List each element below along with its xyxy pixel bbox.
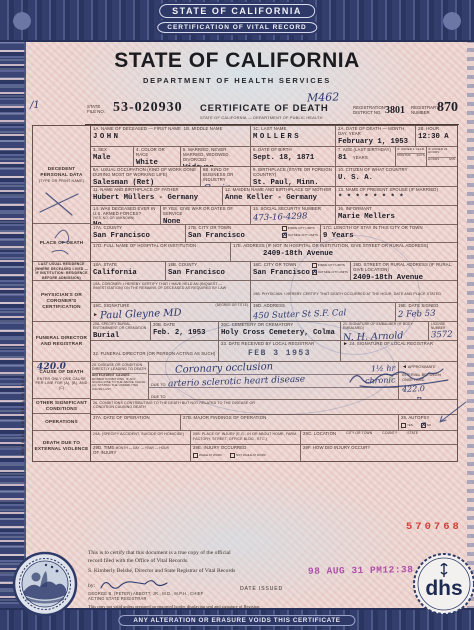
check-mark: ✗ <box>421 422 427 429</box>
arrow-right-icon: ► <box>93 312 98 318</box>
field-hour: 2B. HOUR 12:30 A <box>416 126 457 146</box>
sub-column-label: MONTHS <box>397 154 411 157</box>
field-label: 9. BIRTHPLACE (STATE OR FOREIGN COUNTRY) <box>253 168 333 178</box>
field-label: 13. NAME OF PRESENT SPOUSE (IF MARRIED) <box>338 188 455 193</box>
field-label: 23. DATE RECEIVED BY LOCAL REGISTRAR <box>221 342 338 347</box>
field-label: 3. SEX <box>93 148 131 153</box>
field-date-signed: 19E. DATE SIGNED 2 Feb 53 <box>396 303 457 321</box>
form-row-hospital: 17D. FULL NAME OF HOSPITAL OR INSTITUTIO… <box>91 243 457 262</box>
field-label: 8A. USUAL OCCUPATION (KIND OF WORK DONE … <box>93 168 198 178</box>
date-received-stamp: FEB 3 1953 <box>221 349 338 358</box>
field-value: Holy Cross Cemetery, Colma <box>221 329 338 337</box>
handwritten-cause-code: 420.0 <box>37 362 67 374</box>
bottom-banner: ANY ALTERATION OR ERASURE VOIDS THIS CER… <box>118 615 355 626</box>
top-banner-certification: CERTIFICATION OF VITAL RECORD <box>157 22 317 33</box>
section-funeral-director: FUNERAL DIRECTOR AND REGISTRAR <box>33 322 90 362</box>
field-injury-occurred: 29E. INJURY OCCURRED WHILE AT WORK NOT W… <box>191 445 301 461</box>
field-value: San Francisco <box>93 232 183 240</box>
state-file-label: STATE FILE NO. <box>87 104 109 114</box>
field-violence-kind: 29A. (SPECIFY ACCIDENT, SUICIDE OR HOMIC… <box>91 431 191 444</box>
field-value-handwritten: Grain <box>203 182 248 186</box>
field-value-handwritten: 2 Feb 53 <box>398 308 455 320</box>
field-label: 19B. PHYSICIAN: I HEREBY CERTIFY THAT DE… <box>253 292 441 302</box>
field-hospital: 17D. FULL NAME OF HOSPITAL OR INSTITUTIO… <box>91 243 231 261</box>
field-label: 20A. SPECIFY BURIAL, ENTOMBMENT OR CREMA… <box>93 323 148 331</box>
checkbox-label: INSIDE CITY LIMITS <box>288 227 315 230</box>
field-label: 12. MAIDEN NAME AND BIRTHPLACE OF MOTHER <box>225 188 333 193</box>
checkbox-not-while-at-work <box>230 453 235 458</box>
certification-statement: This is to certify that this document is… <box>88 550 346 609</box>
checkbox-label: WHILE AT WORK <box>199 454 222 457</box>
deputy-signature-scribble <box>99 577 169 591</box>
received-time-stamp: 98 AUG 31 PM12:38 <box>308 564 414 577</box>
field-label: 20C. CEMETERY OR CREMATORY <box>221 323 338 328</box>
field-injury-place: 29B. PLACE OF INJURY (E.G., IN OR ABOUT … <box>191 431 301 444</box>
label-text: MONTH — DAY — YEAR — HOUR <box>116 446 169 450</box>
form-row-signature: 19C. SIGNATURE ► Paul Gleyne MD (DEGREE … <box>91 303 457 322</box>
section-label: LAST USUAL RESIDENCE (WHERE DECEASED LIV… <box>34 262 89 280</box>
field-label: 4. COLOR OR RACE <box>136 148 178 158</box>
certify-text-line1: This is to certify that this document is… <box>88 550 346 558</box>
interval-code-handwritten: 422.0 <box>402 382 454 396</box>
section-label: OTHER SIGNIFICANT CONDITIONS <box>34 400 89 412</box>
interval-a-handwritten: 1½ hr <box>370 364 395 374</box>
interval-b-handwritten: chronic <box>364 375 395 385</box>
label-text: 24. SIGNATURE OF LOCAL REGISTRAR <box>349 341 433 346</box>
form-row-operations: 27A. DATE OF OPERATION 27B. MAJOR FINDIN… <box>91 415 457 432</box>
field-value: None <box>163 218 248 224</box>
cause-line-c: DUE TO <box>149 388 398 399</box>
field-value: 2409-18th Avenue <box>263 250 455 258</box>
certify-text-line2: record filed with the Office of Vital Re… <box>88 558 346 566</box>
cause-line-b: DUE TO arterio sclerotic heart disease c… <box>149 375 398 388</box>
section-place-of-death: PLACE OF DEATH <box>33 224 90 262</box>
field-value-handwritten: 3572 <box>431 330 455 340</box>
field-name-first: 1A. NAME OF DECEASED — FIRST NAME 1B. MI… <box>91 126 251 146</box>
field-name-last: 1C. LAST NAME MOLLERS <box>251 126 336 146</box>
field-value: 2409-18th Avenue <box>353 274 455 280</box>
field-label: 2A. DATE OF DEATH — MONTH, DAY, YEAR <box>338 127 413 137</box>
margin-section-labels: DECEDENT PERSONAL DATA (TYPE OR PRINT NA… <box>33 126 91 461</box>
state-file-number: 53-020930 <box>113 100 183 116</box>
check-mark: ✗ <box>312 269 318 276</box>
field-label: 20B. DATE <box>153 323 216 328</box>
field-value: White <box>136 159 178 166</box>
field-sublabel: (DEGREE OR TITLE) <box>216 304 248 308</box>
field-label: 17A. COUNTY <box>93 226 183 231</box>
field-label: 19A. CORONER: I HEREBY CERTIFY THAT I HA… <box>93 282 248 290</box>
field-value: JOHN <box>93 133 248 141</box>
certificate-header: /1 STATE FILE NO. 53-020930 CERTIFICATE … <box>85 97 459 125</box>
field-value: Feb. 2, 1953 <box>153 329 216 337</box>
field-ssn: 15. SOCIAL SECURITY NUMBER 473-16-4298 <box>251 206 336 224</box>
registration-district-number: 3801 <box>385 105 405 116</box>
field-value: Male <box>93 154 131 162</box>
field-label: 7. AGE (LAST BIRTHDAY) <box>338 148 393 153</box>
field-spouse: 13. NAME OF PRESENT SPOUSE (IF MARRIED) … <box>336 187 457 205</box>
checkbox-label: NO <box>427 424 431 427</box>
checkbox-label: INSIDE CITY LIMITS <box>318 264 345 267</box>
section-operations: OPERATIONS <box>33 414 90 431</box>
pointer-icon: ◄ <box>402 364 407 370</box>
field-label: 27B. MAJOR FINDINGS OF OPERATION <box>183 416 396 421</box>
field-label: IF UNDER 24 HOURS <box>428 148 456 155</box>
field-value: U. S. A. <box>338 174 455 182</box>
registrars-number-label: REGISTRAR'S NUMBER <box>411 105 437 115</box>
sub-column-label: STATE <box>407 432 418 437</box>
field-value: No <box>93 221 158 223</box>
sub-column-label: COUNTY <box>382 432 397 437</box>
field-value: Burial <box>93 332 148 340</box>
field-value: February 1, 1953 <box>338 138 413 146</box>
field-marital-status: 5. MARRIED, NEVER MARRIED, WIDOWED, DIVO… <box>181 147 251 166</box>
interval-note-handwritten: b <box>416 396 422 399</box>
ornate-top-border: STATE OF CALIFORNIA CERTIFICATION OF VIT… <box>0 0 474 42</box>
field-label: IF YES, GIVE WAR OR DATES OF SERVICE <box>163 207 248 217</box>
field-residence-street: 18D. STREET OR RURAL ADDRESS (IF RURAL, … <box>351 262 457 280</box>
interval-column: ◄ APPROXIMATE INTERVAL BETWEEN ONSET AND… <box>399 362 457 399</box>
field-value-handwritten: 473-16-4298 <box>253 210 333 223</box>
field-label: 16. INFORMANT <box>338 207 455 212</box>
field-label: 27A. DATE OF OPERATION <box>93 416 178 421</box>
field-value: Anne Keller - Germany <box>225 194 333 202</box>
field-injury-time: 29D. TIME MONTH — DAY — YEAR — HOUR OF I… <box>91 445 191 461</box>
field-cemetery: 20C. CEMETERY OR CREMATORY Holy Cross Ce… <box>219 322 341 340</box>
form-row-certification: 19A. CORONER: I HEREBY CERTIFY THAT I HA… <box>91 281 457 303</box>
field-label: 8B. KIND OF BUSINESS OR INDUSTRY <box>203 168 248 183</box>
field-injury-location: 29C. LOCATION CITY OR TOWN COUNTY STATE <box>301 431 457 444</box>
page-subtitle: DEPARTMENT OF HEALTH SERVICES <box>0 76 474 85</box>
field-autopsy: 28. AUTOPSY YES ✗NO <box>399 415 457 431</box>
field-residence-county: 18B. COUNTY San Francisco <box>166 262 251 280</box>
field-armed-forces: 14. WAS DECEASED EVER IN U.S. ARMED FORC… <box>91 206 161 224</box>
page-title: STATE OF CALIFORNIA <box>0 49 474 73</box>
field-birthplace: 9. BIRTHPLACE (STATE OR FOREIGN COUNTRY)… <box>251 167 336 186</box>
section-physician-certification: PHYSICIAN'S OR CORONER'S CERTIFICATION <box>33 281 90 322</box>
certificate-subtitle: STATE OF CALIFORNIA — DEPARTMENT OF PUBL… <box>200 115 323 120</box>
field-label: 2B. HOUR <box>418 127 455 132</box>
certificate-title: CERTIFICATE OF DEATH <box>200 103 329 114</box>
form-row-cause-of-death: 25. DISEASE OR CONDITION DIRECTLY LEADIN… <box>91 362 457 400</box>
by-label: by: <box>88 583 95 591</box>
field-label: 17C. LENGTH OF STAY IN THIS CITY OR TOWN <box>323 226 455 231</box>
field-label: IF UNDER 1 YEAR <box>397 148 425 151</box>
field-label: 22. FUNERAL DIRECTOR (OR PERSON ACTING A… <box>93 351 215 356</box>
field-value: St. Paul, Minn. <box>253 179 333 186</box>
form-row-place-of-death: 17A. COUNTY San Francisco 17B. CITY OR T… <box>91 225 457 244</box>
sub-column-label: DAYS <box>417 154 425 157</box>
field-disposition: 20A. SPECIFY BURIAL, ENTOMBMENT OR CREMA… <box>91 322 151 340</box>
ornate-left-border <box>0 42 26 610</box>
checkbox-while-at-work <box>193 453 198 458</box>
checkbox-autopsy-yes <box>401 423 406 428</box>
field-hospital-address: 17E. ADDRESS (IF NOT IN HOSPITAL OR INST… <box>231 243 457 261</box>
field-age: 7. AGE (LAST BIRTHDAY) 81 YEARS <box>336 147 396 166</box>
field-label: OF INJURY <box>93 451 188 456</box>
section-decedent-personal-data: DECEDENT PERSONAL DATA (TYPE OR PRINT NA… <box>33 126 90 224</box>
field-date-of-death: 2A. DATE OF DEATH — MONTH, DAY, YEAR Feb… <box>336 126 416 146</box>
field-label: 1C. LAST NAME <box>253 127 333 132</box>
under-24-hours-box: IF UNDER 24 HOURS HOURS MIN. <box>427 147 457 166</box>
field-value: 9 Years <box>323 232 455 240</box>
field-label: 5. MARRIED, NEVER MARRIED, WIDOWED, DIVO… <box>183 148 248 163</box>
age-unit-label: YEARS <box>353 156 368 161</box>
field-label: 18B. COUNTY <box>168 263 248 268</box>
certificate-form-grid: DECEDENT PERSONAL DATA (TYPE OR PRINT NA… <box>32 125 458 462</box>
field-contributing-conditions: 26. CONDITIONS CONTRIBUTING TO THE DEATH… <box>91 400 457 414</box>
form-row-contributing-conditions: 26. CONDITIONS CONTRIBUTING TO THE DEATH… <box>91 400 457 415</box>
field-label: 6. DATE OF BIRTH <box>253 148 333 153</box>
form-row-military-ssn: 14. WAS DECEASED EVER IN U.S. ARMED FORC… <box>91 206 457 225</box>
field-label: 29A. (SPECIFY ACCIDENT, SUICIDE OR HOMIC… <box>93 432 188 436</box>
signature-handwritten: Paul Gleyne MD <box>100 308 182 321</box>
antecedent-note: MORBID CONDITIONS, IF ANY, GIVING RISE T… <box>92 378 147 391</box>
form-row-violence-1: 29A. (SPECIFY ACCIDENT, SUICIDE OR HOMIC… <box>91 431 457 445</box>
field-embalmer-signature: 21. SIGNATURE OF EMBALMER (IF BODY EMBAL… <box>341 322 429 340</box>
death-certificate-scan: STATE OF CALIFORNIA CERTIFICATION OF VIT… <box>0 0 474 630</box>
field-label: 18A. STATE <box>93 263 163 268</box>
field-physician-signature: 19C. SIGNATURE ► Paul Gleyne MD (DEGREE … <box>91 303 251 321</box>
form-fields: 1A. NAME OF DECEASED — FIRST NAME 1B. MI… <box>91 126 457 461</box>
form-row-funeral-director: 22. FUNERAL DIRECTOR (OR PERSON ACTING A… <box>91 341 457 362</box>
field-label: 28. AUTOPSY <box>401 416 455 421</box>
field-race: 4. COLOR OR RACE White <box>134 147 181 166</box>
ornate-right-border <box>467 42 474 610</box>
section-cause-of-death: 420.0 CAUSE OF DEATH ENTER ONLY ONE CAUS… <box>33 362 90 400</box>
field-citizenship: 10. CITIZEN OF WHAT COUNTRY U. S. A. <box>336 167 457 186</box>
margin-pen-mark: /1 <box>30 100 40 111</box>
sub-column-label: CITY OR TOWN <box>346 432 372 437</box>
field-father: 11. NAME AND BIRTHPLACE OF FATHER Hubert… <box>91 187 223 205</box>
checkbox-inside-city-limits <box>282 226 287 231</box>
field-embalmer-license: LICENSE NUMBER 3572 <box>429 322 457 340</box>
dhs-logo-text: dhs <box>425 577 462 600</box>
section-label: PHYSICIAN'S OR CORONER'S CERTIFICATION <box>34 292 89 310</box>
field-value: Widower <box>183 164 248 166</box>
due-to-label: DUE TO <box>151 394 166 399</box>
cause-b-handwritten: arterio sclerotic heart disease <box>167 375 304 390</box>
field-pod-city: 17B. CITY OR TOWN San Francisco INSIDE C… <box>186 225 321 243</box>
form-row-violence-2: 29D. TIME MONTH — DAY — YEAR — HOUR OF I… <box>91 445 457 461</box>
check-mark: ✗ <box>282 232 288 239</box>
form-row-sex-race: 3. SEX Male 4. COLOR OR RACE White 5. MA… <box>91 147 457 167</box>
validity-notice: This copy not valid unless prepared on e… <box>88 604 346 609</box>
field-label: 26. CONDITIONS CONTRIBUTING TO THE DEATH… <box>93 401 273 409</box>
field-residence-state: 18A. STATE California <box>91 262 166 280</box>
field-operation-findings: 27B. MAJOR FINDINGS OF OPERATION <box>181 415 399 431</box>
field-age-under-boxes: IF UNDER 1 YEAR MONTHS DAYS IF UNDER 24 … <box>396 147 457 166</box>
field-label: ► 24. SIGNATURE OF LOCAL REGISTRAR <box>343 342 455 348</box>
handwritten-code: M462 <box>307 90 340 104</box>
field-value: Salesman (Ret) <box>93 179 198 186</box>
label-text: 1B. MIDDLE NAME <box>184 126 223 131</box>
medical-data-vertical-label: MEDICAL AND HEALTH DATA <box>20 376 25 455</box>
field-label: 29C. LOCATION <box>303 432 336 437</box>
label-text: 1A. NAME OF DECEASED — FIRST NAME <box>93 126 181 131</box>
field-residence-city: 18C. CITY OR TOWN San Francisco INSIDE C… <box>251 262 351 280</box>
checkbox-label: NOT WHILE AT WORK <box>236 454 266 457</box>
section-label: PLACE OF DEATH <box>40 240 84 246</box>
chief-title-line: ACTING STATE REGISTRAR <box>88 596 346 601</box>
form-row-residence: 18A. STATE California 18B. COUNTY San Fr… <box>91 262 457 281</box>
field-value: * * * * * * * * <box>338 194 455 202</box>
form-row-name: 1A. NAME OF DECEASED — FIRST NAME 1B. MI… <box>91 126 457 147</box>
city-limits-checkboxes: INSIDE CITY LIMITS ✗OUTSIDE CITY LIMITS <box>312 263 348 275</box>
cause-a-handwritten: Coronary occlusion <box>175 362 273 376</box>
city-limits-checkboxes: INSIDE CITY LIMITS ✗OUTSIDE CITY LIMITS <box>282 226 318 238</box>
checkbox-label: OUTSIDE CITY LIMITS <box>288 234 318 237</box>
field-pod-county: 17A. COUNTY San Francisco <box>91 225 186 243</box>
field-disposition-date: 20B. DATE Feb. 2, 1953 <box>151 322 219 340</box>
field-mother: 12. MAIDEN NAME AND BIRTHPLACE OF MOTHER… <box>223 187 336 205</box>
field-informant: 16. INFORMANT Marie Mellers <box>336 206 457 224</box>
checkbox-autopsy-no: ✗ <box>421 423 426 428</box>
field-value: Hubert Müllers - Germany <box>93 194 220 202</box>
field-date-of-birth: 6. DATE OF BIRTH Sept. 18, 1871 <box>251 147 336 166</box>
section-sublabel: ENTER ONLY ONE CAUSE PER LINE FOR (A), (… <box>34 377 89 391</box>
checkbox-outside-city-limits: ✗ <box>312 270 317 275</box>
field-industry: 8B. KIND OF BUSINESS OR INDUSTRY Grain <box>201 167 251 186</box>
california-state-seal <box>12 551 78 622</box>
field-funeral-director: 22. FUNERAL DIRECTOR (OR PERSON ACTING A… <box>91 341 219 361</box>
checkbox-label: OUTSIDE CITY LIMITS <box>318 271 348 274</box>
field-value: MOLLERS <box>253 133 333 141</box>
section-label: DECEDENT PERSONAL DATA <box>34 166 89 178</box>
section-external-violence: DEATH DUE TO EXTERNAL VIOLENCE <box>33 431 90 461</box>
checkbox-outside-city-limits: ✗ <box>282 233 287 238</box>
field-label: 29E. INJURY OCCURRED <box>193 446 298 451</box>
field-occupation: 8A. USUAL OCCUPATION (KIND OF WORK DONE … <box>91 167 201 186</box>
sub-column-label: MIN. <box>449 158 456 161</box>
field-label: 10. CITIZEN OF WHAT COUNTRY <box>338 168 455 173</box>
field-length-of-stay: 17C. LENGTH OF STAY IN THIS CITY OR TOWN… <box>321 225 457 243</box>
form-row-occupation: 8A. USUAL OCCUPATION (KIND OF WORK DONE … <box>91 167 457 187</box>
field-label: 1A. NAME OF DECEASED — FIRST NAME 1B. MI… <box>93 127 248 132</box>
section-sublabel: (TYPE OR PRINT NAME) <box>39 179 84 184</box>
field-local-registrar-signature: ► 24. SIGNATURE OF LOCAL REGISTRAR <box>341 341 457 361</box>
arrow-right-icon: ► <box>343 341 348 347</box>
field-label: 11. NAME AND BIRTHPLACE OF FATHER <box>93 188 220 193</box>
field-label: 18D. STREET OR RURAL ADDRESS (IF RURAL, … <box>353 263 455 273</box>
section-other-conditions: OTHER SIGNIFICANT CONDITIONS <box>33 399 90 414</box>
field-value: San Francisco <box>168 269 248 277</box>
checkbox-label: YES <box>407 424 413 427</box>
label-text: 19C. SIGNATURE <box>93 303 129 308</box>
form-row-burial: 20A. SPECIFY BURIAL, ENTOMBMENT OR CREMA… <box>91 322 457 341</box>
section-label: OPERATIONS <box>45 419 78 425</box>
field-label: 17D. FULL NAME OF HOSPITAL OR INSTITUTIO… <box>93 244 228 249</box>
field-value: Sept. 18, 1871 <box>253 154 333 162</box>
registrars-number: 870 <box>437 100 458 116</box>
field-sex: 3. SEX Male <box>91 147 134 166</box>
field-value: California <box>93 269 163 277</box>
date-issued-label: DATE ISSUED <box>240 586 283 592</box>
field-war-service: IF YES, GIVE WAR OR DATES OF SERVICE Non… <box>161 206 251 224</box>
embalmer-signature-handwritten: N. H. Arnold <box>343 329 426 340</box>
document-control-number: 570768 <box>406 521 462 533</box>
field-how-injury-occurred: 29F. HOW DID INJURY OCCUR? <box>301 445 457 461</box>
field-physician-certification: 19B. PHYSICIAN: I HEREBY CERTIFY THAT DE… <box>251 281 457 302</box>
cause-line-a: Coronary occlusion 1½ hr <box>149 362 398 375</box>
cause-entry-column: Coronary occlusion 1½ hr DUE TO arterio … <box>149 362 399 399</box>
dhs-logo: dhs <box>412 551 474 622</box>
field-label: 25. DISEASE OR CONDITION DIRECTLY LEADIN… <box>92 363 147 371</box>
section-label: FUNERAL DIRECTOR AND REGISTRAR <box>34 335 89 347</box>
registration-district-label: REGISTRATION DISTRICT NO. <box>353 105 383 115</box>
field-value: 81 <box>338 154 347 162</box>
field-label: 17E. ADDRESS (IF NOT IN HOSPITAL OR INST… <box>233 244 455 249</box>
field-date-received: 23. DATE RECEIVED BY LOCAL REGISTRAR FEB… <box>219 341 341 361</box>
top-banner-state: STATE OF CALIFORNIA <box>159 4 315 18</box>
field-physician-address: 19D. ADDRESS 450 Sutter St S.F. Cal <box>251 303 396 321</box>
field-operation-date: 27A. DATE OF OPERATION <box>91 415 181 431</box>
label-text: APPROXIMATE INTERVAL BETWEEN ONSET AND <box>402 364 441 382</box>
field-label: 29F. HOW DID INJURY OCCUR? <box>303 446 455 451</box>
field-label: 29B. PLACE OF INJURY (E.G., IN OR ABOUT … <box>193 432 298 440</box>
section-last-usual-residence: LAST USUAL RESIDENCE (WHERE DECEASED LIV… <box>33 262 90 281</box>
due-to-label: DUE TO <box>151 382 166 387</box>
field-value: 12:30 A <box>418 133 455 141</box>
field-coroner-certification: 19A. CORONER: I HEREBY CERTIFY THAT I HA… <box>91 281 251 302</box>
cause-labels-column: 25. DISEASE OR CONDITION DIRECTLY LEADIN… <box>91 362 149 399</box>
section-label: DEATH DUE TO EXTERNAL VIOLENCE <box>34 440 89 452</box>
field-sublabel: (YES, NO, OR UNKNOWN) <box>93 217 158 221</box>
sub-column-label: HOURS <box>428 158 439 161</box>
interval-label: ◄ APPROXIMATE INTERVAL BETWEEN ONSET AND… <box>401 363 455 399</box>
form-row-parents: 11. NAME AND BIRTHPLACE OF FATHER Hubert… <box>91 187 457 206</box>
under-1-year-box: IF UNDER 1 YEAR MONTHS DAYS <box>396 147 427 166</box>
field-value: Marie Mellers <box>338 213 455 221</box>
